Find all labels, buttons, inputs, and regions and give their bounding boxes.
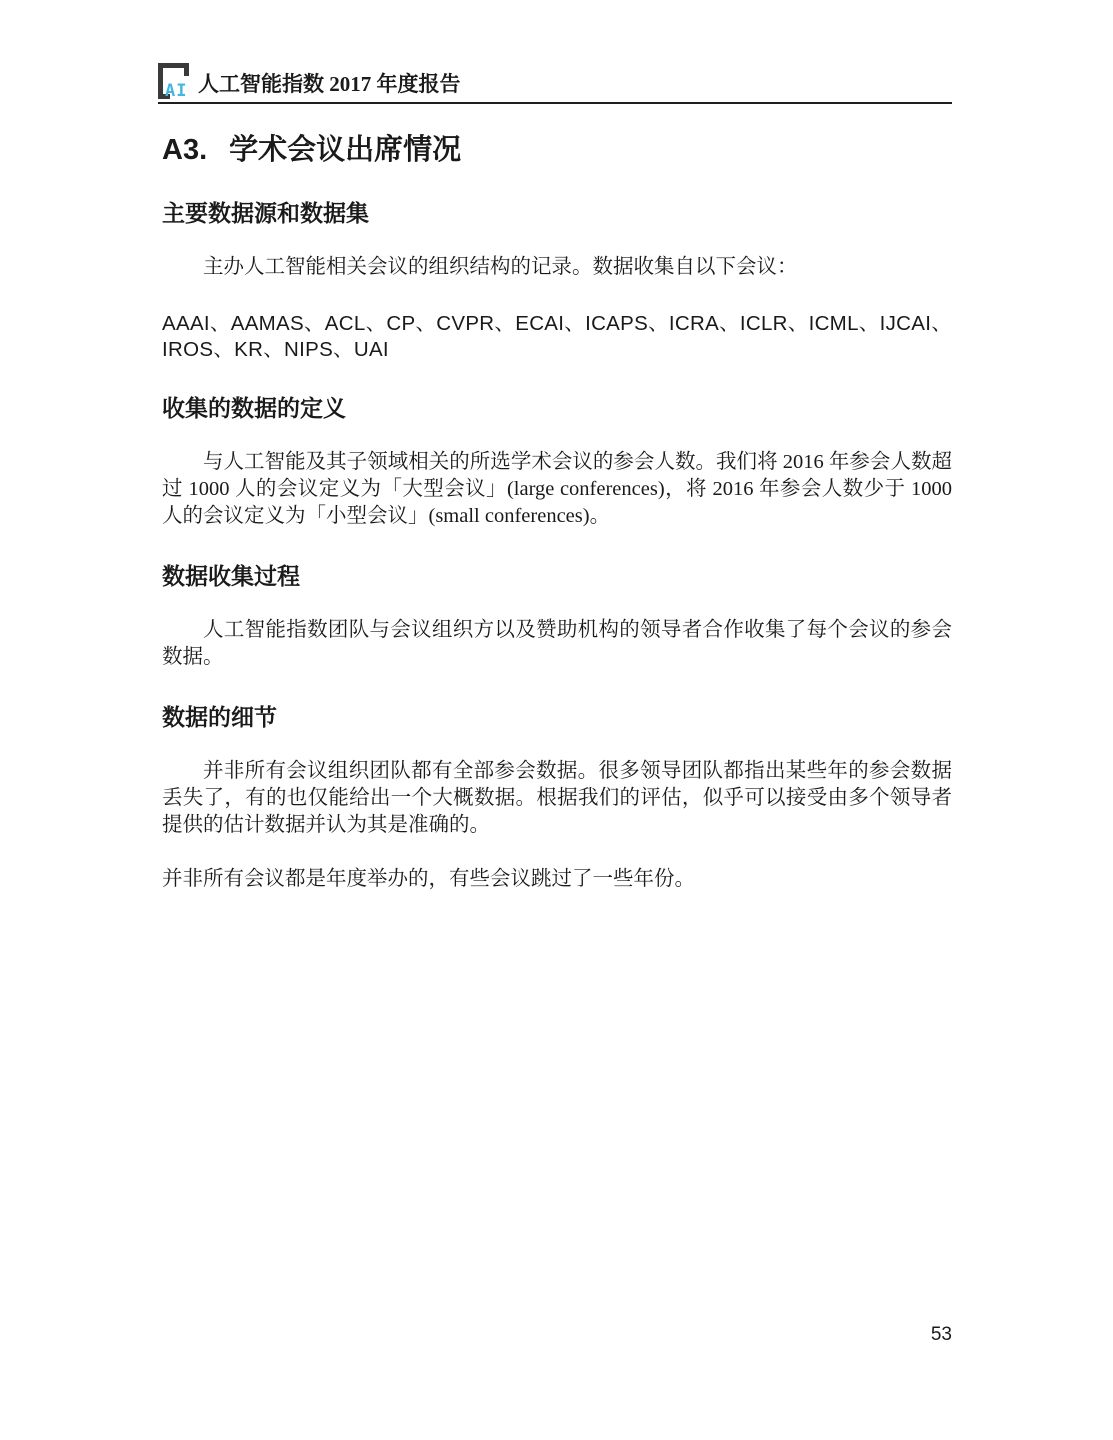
report-title: 人工智能指数 2017 年度报告: [198, 72, 461, 99]
page-title-text: 学术会议出席情况: [229, 134, 461, 166]
paragraph-data-details-2: 并非所有会议都是年度举办的，有些会议跳过了一些年份。: [162, 866, 952, 893]
paragraph-data-sources: 主办人工智能相关会议的组织结构的记录。数据收集自以下会议：: [162, 254, 952, 281]
page-header: AI 人工智能指数 2017 年度报告: [158, 63, 952, 104]
document-body: A3.学术会议出席情况 主要数据源和数据集 主办人工智能相关会议的组织结构的记录…: [162, 104, 952, 893]
ai-index-logo-icon: AI: [158, 63, 189, 99]
page-number: 53: [162, 1324, 952, 1346]
section-heading-data-sources: 主要数据源和数据集: [162, 201, 952, 227]
section-heading-data-details: 数据的细节: [162, 705, 952, 731]
page-title: A3.学术会议出席情况: [162, 133, 952, 167]
logo-bracket-right-stub: [184, 63, 189, 76]
section-heading-data-definition: 收集的数据的定义: [162, 396, 952, 422]
logo-ai-letters: AI: [165, 83, 187, 100]
page-title-number: A3.: [162, 134, 207, 166]
section-heading-collection-process: 数据收集过程: [162, 564, 952, 590]
paragraph-collection-process: 人工智能指数团队与会议组织方以及赞助机构的领导者合作收集了每个会议的参会数据。: [162, 617, 952, 671]
conference-list: AAAI、AAMAS、ACL、CP、CVPR、ECAI、ICAPS、ICRA、I…: [162, 311, 952, 362]
paragraph-data-definition: 与人工智能及其子领域相关的所选学术会议的参会人数。我们将 2016 年参会人数超…: [162, 449, 952, 530]
paragraph-data-details-1: 并非所有会议组织团队都有全部参会数据。很多领导团队都指出某些年的参会数据丢失了，…: [162, 758, 952, 839]
